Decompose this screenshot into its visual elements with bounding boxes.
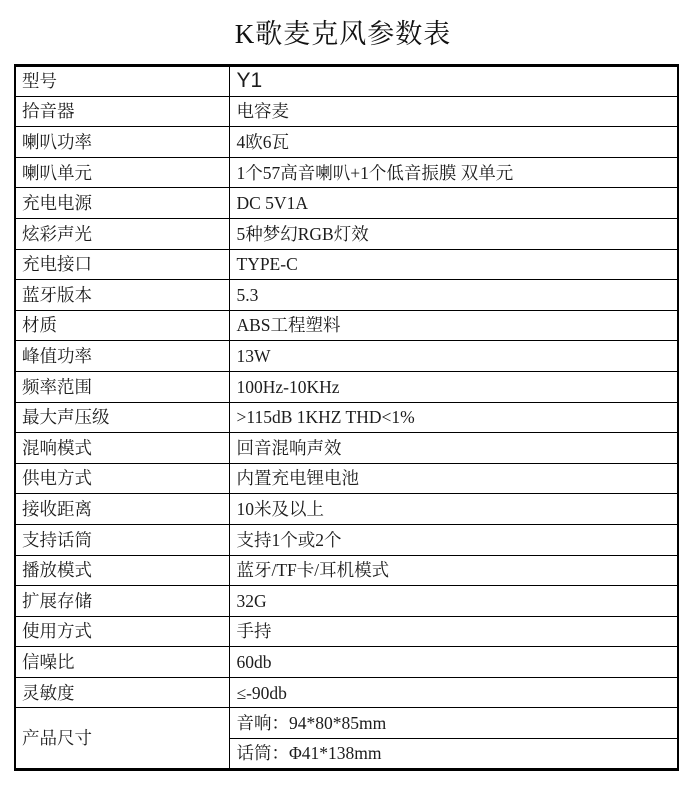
spec-value: 4欧6瓦 <box>229 127 678 158</box>
table-row: 供电方式 内置充电锂电池 <box>15 463 678 494</box>
table-row: 信噪比 60db <box>15 647 678 678</box>
spec-label: 支持话筒 <box>15 524 229 555</box>
table-row: 炫彩声光 5种梦幻RGB灯效 <box>15 218 678 249</box>
spec-label: 喇叭单元 <box>15 157 229 188</box>
table-row: 峰值功率 13W <box>15 341 678 372</box>
table-row: 喇叭功率 4欧6瓦 <box>15 127 678 158</box>
spec-value: 13W <box>229 341 678 372</box>
spec-label: 频率范围 <box>15 371 229 402</box>
spec-label: 最大声压级 <box>15 402 229 433</box>
spec-label: 播放模式 <box>15 555 229 586</box>
spec-value: Y1 <box>229 66 678 97</box>
table-row: 混响模式 回音混响声效 <box>15 433 678 464</box>
table-row: 频率范围 100Hz-10KHz <box>15 371 678 402</box>
table-row: 充电电源 DC 5V1A <box>15 188 678 219</box>
spec-label: 炫彩声光 <box>15 218 229 249</box>
table-row: 扩展存储 32G <box>15 586 678 617</box>
table-row: 支持话筒 支持1个或2个 <box>15 524 678 555</box>
table-row: 型号 Y1 <box>15 66 678 97</box>
table-row-product-size: 产品尺寸 音响：94*80*85mm <box>15 708 678 739</box>
table-row: 接收距离 10米及以上 <box>15 494 678 525</box>
spec-value: 内置充电锂电池 <box>229 463 678 494</box>
spec-value-speaker-size: 音响：94*80*85mm <box>229 708 678 739</box>
spec-value: TYPE-C <box>229 249 678 280</box>
spec-value: 5.3 <box>229 280 678 311</box>
spec-value: DC 5V1A <box>229 188 678 219</box>
spec-label: 产品尺寸 <box>15 708 229 769</box>
spec-value: 10米及以上 <box>229 494 678 525</box>
table-row: 材质 ABS工程塑料 <box>15 310 678 341</box>
table-row: 喇叭单元 1个57高音喇叭+1个低音振膜 双单元 <box>15 157 678 188</box>
spec-value: 蓝牙/TF卡/耳机模式 <box>229 555 678 586</box>
table-row: 灵敏度 ≤-90db <box>15 677 678 708</box>
table-row: 播放模式 蓝牙/TF卡/耳机模式 <box>15 555 678 586</box>
spec-label: 使用方式 <box>15 616 229 647</box>
table-row: 使用方式 手持 <box>15 616 678 647</box>
spec-label: 拾音器 <box>15 96 229 127</box>
spec-label: 蓝牙版本 <box>15 280 229 311</box>
spec-value: ABS工程塑料 <box>229 310 678 341</box>
table-row: 最大声压级 >115dB 1KHZ THD<1% <box>15 402 678 433</box>
table-row: 拾音器 电容麦 <box>15 96 678 127</box>
spec-label: 喇叭功率 <box>15 127 229 158</box>
spec-value-mic-size: 话筒：Φ41*138mm <box>229 739 678 770</box>
spec-value: 回音混响声效 <box>229 433 678 464</box>
spec-label: 材质 <box>15 310 229 341</box>
spec-value: 5种梦幻RGB灯效 <box>229 218 678 249</box>
spec-label: 混响模式 <box>15 433 229 464</box>
spec-value: 60db <box>229 647 678 678</box>
spec-value: 1个57高音喇叭+1个低音振膜 双单元 <box>229 157 678 188</box>
spec-label: 供电方式 <box>15 463 229 494</box>
spec-value: ≤-90db <box>229 677 678 708</box>
spec-label: 灵敏度 <box>15 677 229 708</box>
spec-value: 支持1个或2个 <box>229 524 678 555</box>
spec-table: 型号 Y1 拾音器 电容麦 喇叭功率 4欧6瓦 喇叭单元 1个57高音喇叭+1个… <box>14 64 679 771</box>
spec-value: 手持 <box>229 616 678 647</box>
spec-value: 电容麦 <box>229 96 678 127</box>
spec-label: 信噪比 <box>15 647 229 678</box>
spec-label: 扩展存储 <box>15 586 229 617</box>
page-title: K歌麦克风参数表 <box>0 12 686 51</box>
spec-value: >115dB 1KHZ THD<1% <box>229 402 678 433</box>
spec-label: 型号 <box>15 66 229 97</box>
spec-value: 32G <box>229 586 678 617</box>
spec-label: 充电接口 <box>15 249 229 280</box>
spec-label: 峰值功率 <box>15 341 229 372</box>
spec-label: 接收距离 <box>15 494 229 525</box>
spec-label: 充电电源 <box>15 188 229 219</box>
table-row: 蓝牙版本 5.3 <box>15 280 678 311</box>
spec-value: 100Hz-10KHz <box>229 371 678 402</box>
table-row: 充电接口 TYPE-C <box>15 249 678 280</box>
